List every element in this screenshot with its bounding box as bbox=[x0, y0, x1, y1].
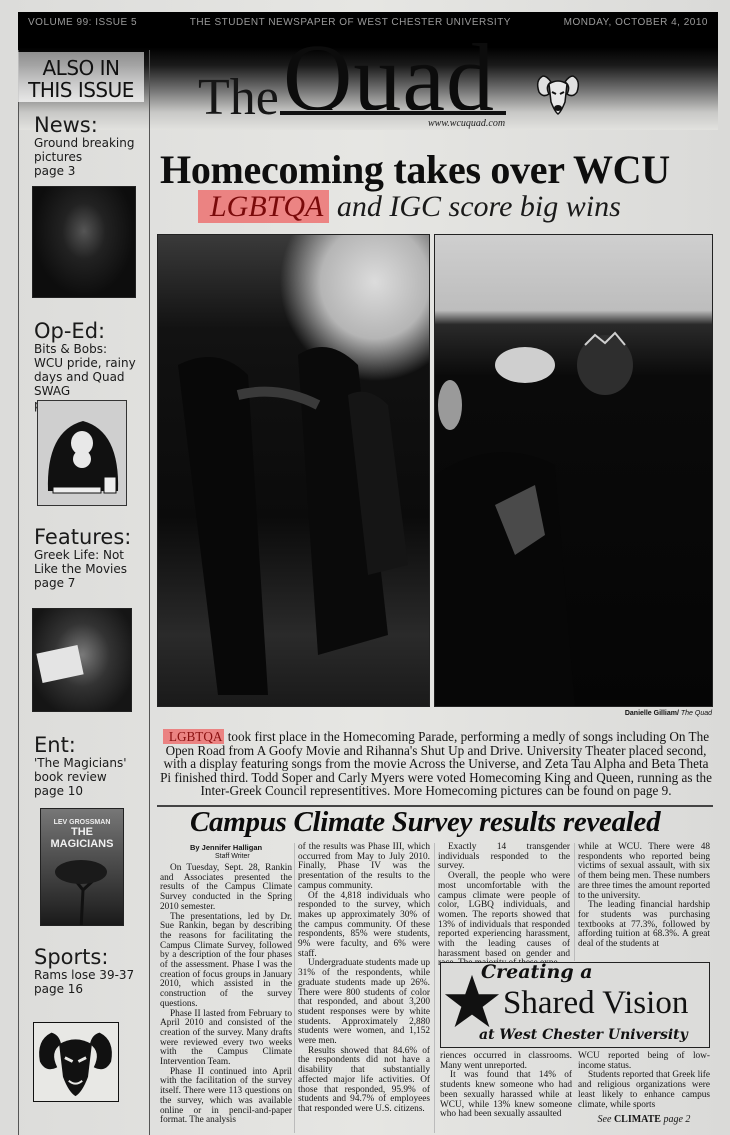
sidebar-item-sports[interactable]: Sports: Rams lose 39-37 page 16 bbox=[34, 946, 144, 996]
paragraph: riences occurred in classrooms. Many wen… bbox=[440, 1052, 572, 1071]
book-title: THE MAGICIANS bbox=[41, 826, 123, 850]
logo-the: The bbox=[198, 72, 279, 124]
ad-line-university: at West Chester University bbox=[479, 1027, 688, 1043]
greek-life-photo[interactable] bbox=[32, 608, 132, 712]
section-teaser: Bits & Bobs: WCU pride, rainy days and Q… bbox=[34, 342, 138, 398]
highlighted-term: LGBTQA bbox=[198, 190, 329, 223]
shared-vision-ad[interactable]: Creating a Shared Vision at West Chester… bbox=[440, 962, 710, 1048]
ram-logo[interactable] bbox=[33, 1022, 119, 1102]
ad-line-creating: Creating a bbox=[481, 961, 593, 983]
book-author: LEV GROSSMAN bbox=[41, 819, 123, 826]
publication-name: The Quad bbox=[679, 710, 712, 717]
section-teaser: Ground breaking pictures bbox=[34, 136, 144, 164]
volume-issue: VOLUME 99: ISSUE 5 bbox=[28, 17, 137, 28]
section-page: page 10 bbox=[34, 784, 138, 798]
climate-headline: Campus Climate Survey results revealed bbox=[190, 806, 660, 839]
sidebar-item-oped[interactable]: Op-Ed: Bits & Bobs: WCU pride, rainy day… bbox=[34, 320, 138, 412]
paragraph: Phase II lasted from February to April 2… bbox=[160, 1010, 292, 1068]
paragraph: It was found that 14% of students knew s… bbox=[440, 1071, 572, 1120]
article-column-2: of the results was Phase III, which occu… bbox=[298, 843, 430, 1115]
lead-headline: Homecoming takes over WCU bbox=[160, 146, 720, 193]
tree-icon bbox=[41, 850, 124, 926]
section-heading: Op-Ed: bbox=[34, 320, 138, 342]
paragraph: of the results was Phase III, which occu… bbox=[298, 843, 430, 892]
website-url[interactable]: www.wcuquad.com bbox=[428, 118, 505, 129]
paragraph: Exactly 14 transgender individuals respo… bbox=[438, 843, 570, 872]
sidebar-title-box: ALSO IN THIS ISSUE bbox=[18, 52, 144, 102]
book-cover[interactable]: LEV GROSSMAN THE MAGICIANS bbox=[40, 808, 124, 926]
article-column-3-continued: riences occurred in classrooms. Many wen… bbox=[440, 1052, 572, 1120]
photo-credit: Danielle Gilliam/ The Quad bbox=[625, 710, 712, 717]
paragraph: WCU reported being of low-income status. bbox=[578, 1052, 710, 1071]
paragraph: Results showed that 84.6% of the respond… bbox=[298, 1047, 430, 1115]
section-teaser: 'The Magicians' book review bbox=[34, 756, 138, 784]
section-page: page 7 bbox=[34, 576, 138, 590]
caption-text: took first place in the Homecoming Parad… bbox=[160, 729, 712, 798]
byline-role: Staff Writer bbox=[160, 852, 292, 861]
article-column-4-continued: WCU reported being of low-income status.… bbox=[578, 1052, 710, 1125]
paragraph: Undergraduate students made up 31% of th… bbox=[298, 959, 430, 1046]
issue-date: MONDAY, OCTOBER 4, 2010 bbox=[564, 17, 708, 28]
column-divider bbox=[294, 843, 295, 1133]
homecoming-king-queen-photo[interactable] bbox=[434, 234, 713, 707]
paragraph: The presentations, led by Dr. Sue Rankin… bbox=[160, 913, 292, 1010]
section-heading: News: bbox=[34, 114, 144, 136]
photo-caption: LGBTQA took first place in the Homecomin… bbox=[158, 730, 714, 798]
article-column-1: By Jennifer Halligan Staff Writer On Tue… bbox=[160, 843, 292, 1126]
dancers-silhouette bbox=[158, 235, 430, 707]
section-page: page 3 bbox=[34, 164, 144, 178]
cartoon-icon bbox=[38, 401, 127, 506]
jump-keyword: CLIMATE bbox=[614, 1114, 661, 1125]
paragraph: Phase II continued into April with the f… bbox=[160, 1068, 292, 1126]
column-divider bbox=[434, 843, 435, 1133]
byline: By Jennifer Halligan bbox=[160, 843, 292, 852]
jump-page: page 2 bbox=[661, 1114, 690, 1125]
cartoon-illustration[interactable] bbox=[37, 400, 127, 506]
paragraph: Overall, the people who were most uncomf… bbox=[438, 872, 570, 969]
masthead-tagline: THE STUDENT NEWSPAPER OF WEST CHESTER UN… bbox=[190, 17, 511, 28]
paragraph: while at WCU. There were 48 respondents … bbox=[578, 843, 710, 901]
subhead-text: and IGC score big wins bbox=[329, 190, 620, 223]
paragraph: Of the 4,818 individuals who responded t… bbox=[298, 892, 430, 960]
paragraph: The leading financial hardship for stude… bbox=[578, 901, 710, 950]
sign-shape bbox=[36, 645, 83, 683]
lead-subhead: LGBTQA and IGC score big wins bbox=[198, 190, 621, 224]
article-column-3: Exactly 14 transgender individuals respo… bbox=[438, 843, 570, 969]
paragraph: Students reported that Greek life and re… bbox=[578, 1071, 710, 1110]
section-page: page 16 bbox=[34, 982, 144, 996]
parade-dancers-photo[interactable] bbox=[157, 234, 430, 707]
sidebar-item-ent[interactable]: Ent: 'The Magicians' book review page 10 bbox=[34, 734, 138, 798]
ad-line-shared-vision: Shared Vision bbox=[503, 985, 688, 1022]
article-column-4: while at WCU. There were 48 respondents … bbox=[578, 843, 710, 950]
masthead-topbar: VOLUME 99: ISSUE 5 THE STUDENT NEWSPAPER… bbox=[18, 12, 718, 32]
newspaper-page: VOLUME 99: ISSUE 5 THE STUDENT NEWSPAPER… bbox=[0, 0, 730, 1135]
section-teaser: Rams lose 39-37 bbox=[34, 968, 144, 982]
photographer-name: Danielle Gilliam/ bbox=[625, 710, 679, 717]
sidebar-item-features[interactable]: Features: Greek Life: Not Like the Movie… bbox=[34, 526, 138, 590]
logo-quad: Quad bbox=[283, 30, 495, 110]
continued-jump-link[interactable]: See CLIMATE page 2 bbox=[578, 1115, 710, 1125]
sidebar-title: ALSO IN THIS ISSUE bbox=[18, 52, 144, 101]
groundbreaking-photo[interactable] bbox=[32, 186, 136, 298]
section-heading: Features: bbox=[34, 526, 138, 548]
section-heading: Ent: bbox=[34, 734, 138, 756]
section-heading: Sports: bbox=[34, 946, 144, 968]
logo-underline bbox=[280, 111, 506, 115]
column-divider bbox=[574, 843, 575, 961]
jump-see: See bbox=[598, 1114, 614, 1125]
section-teaser: Greek Life: Not Like the Movies bbox=[34, 548, 138, 576]
ram-head-icon bbox=[533, 68, 583, 118]
paragraph: On Tuesday, Sept. 28, Rankin and Associa… bbox=[160, 864, 292, 913]
ram-head-icon bbox=[34, 1023, 117, 1100]
sidebar-item-news[interactable]: News: Ground breaking pictures page 3 bbox=[34, 114, 144, 178]
king-queen-silhouette bbox=[435, 235, 713, 707]
